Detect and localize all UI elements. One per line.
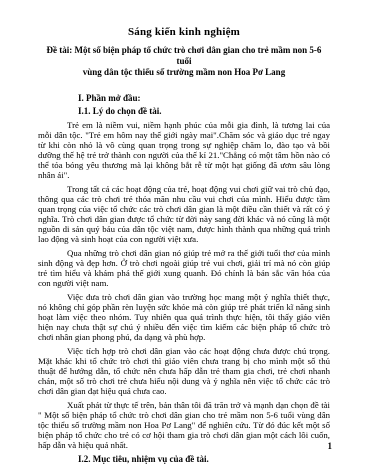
heading-section-1-2: I.2. Mục tiêu, nhiệm vụ của đề tài. <box>78 454 330 464</box>
heading-part-1: I. Phần mở đầu: <box>78 93 330 103</box>
page-number: 1 <box>328 441 333 451</box>
paragraph-2: Trong tất cả các hoạt động của trẻ, hoạt… <box>38 184 330 244</box>
document-page: Sáng kiến kinh nghiệm Đề tài: Một số biệ… <box>0 0 366 473</box>
paragraph-1: Trẻ em là niềm vui, niềm hạnh phúc của m… <box>38 120 330 180</box>
paragraph-3: Qua những trò chơi dân gian nó giúp trẻ … <box>38 248 330 288</box>
document-subtitle-line1: Đề tài: Một số biện pháp tổ chức trò chơ… <box>38 45 330 67</box>
paragraph-4: Việc đưa trò chơi dân gian vào trường họ… <box>38 292 330 342</box>
paragraph-5: Việc tích hợp trò chơi dân gian vào các … <box>38 346 330 396</box>
document-subtitle-line2: vùng dân tộc thiểu số trường mầm non Hoa… <box>38 67 330 78</box>
paragraph-6: Xuất phát từ thực tế trên, bản thân tôi … <box>38 400 330 450</box>
heading-section-1-1: I.1. Lý do chọn đề tài. <box>78 106 330 116</box>
document-title: Sáng kiến kinh nghiệm <box>38 26 330 39</box>
